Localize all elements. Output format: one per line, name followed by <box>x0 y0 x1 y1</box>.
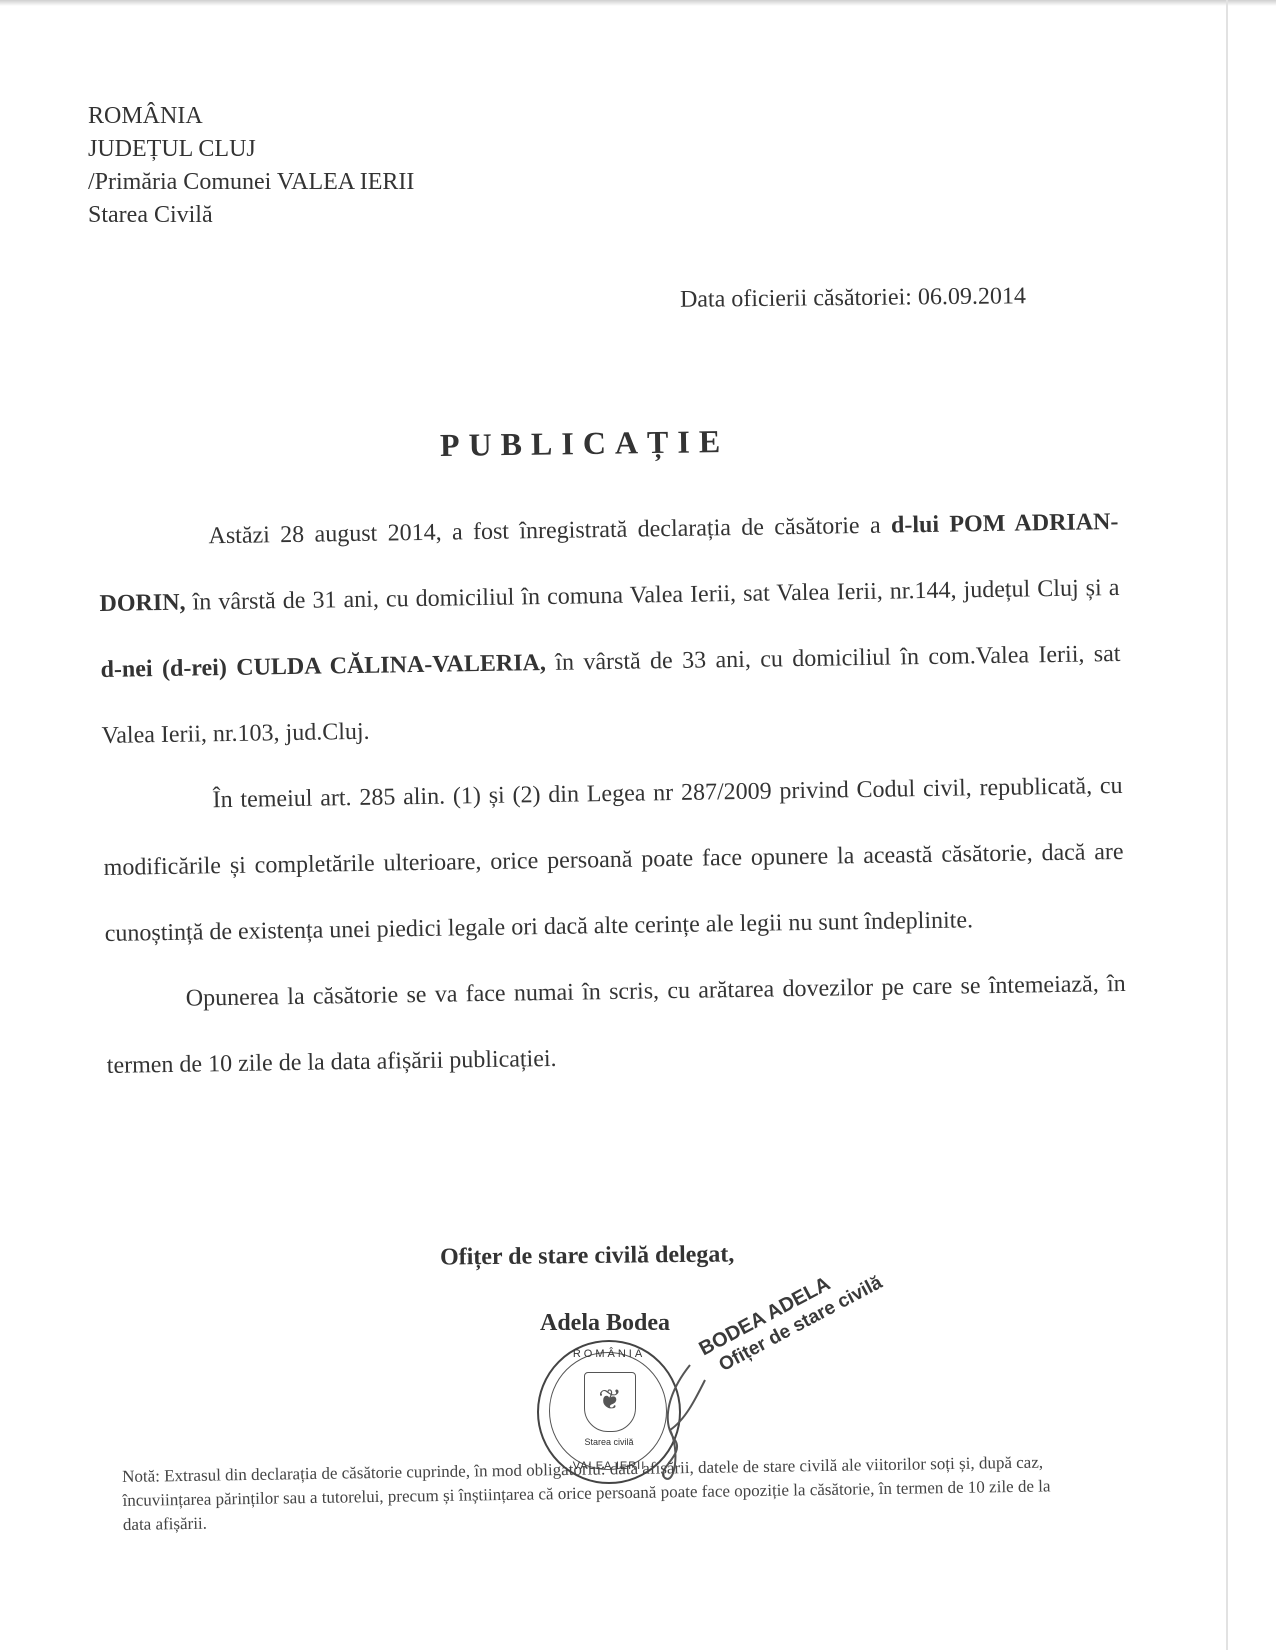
paragraph-opposition: Opunerea la căsătorie se va face numai î… <box>105 951 1127 1099</box>
paragraph-declaration: Astăzi 28 august 2014, a fost înregistra… <box>98 489 1122 769</box>
footnote: Notă: Extrasul din declarația de căsător… <box>122 1450 1063 1537</box>
header-municipality: /Primăria Comunei VALEA IERII <box>88 166 414 199</box>
header-county: JUDEȚUL CLUJ <box>88 133 414 166</box>
signoff-title: Ofițer de stare civilă delegat, <box>440 1241 735 1271</box>
seal-top-text: ROMÂNIA <box>539 1348 679 1360</box>
scan-edge-top <box>0 0 1276 6</box>
scan-edge-right <box>1226 0 1228 1650</box>
document-body: Astăzi 28 august 2014, a fost înregistra… <box>98 489 1127 1099</box>
header-department: Starea Civilă <box>88 199 414 232</box>
header-country: ROMÂNIA <box>88 100 414 133</box>
document-title: PUBLICAȚIE <box>440 423 730 464</box>
document-header: ROMÂNIA JUDEȚUL CLUJ /Primăria Comunei V… <box>88 100 414 232</box>
bride-name: d-nei (d-rei) CULDA CĂLINA-VALERIA, <box>100 650 546 683</box>
paragraph-legal-basis: În temeiul art. 285 alin. (1) și (2) din… <box>102 753 1125 967</box>
officer-stamp: BODEA ADELA Ofițer de stare civilă <box>695 1250 887 1382</box>
signer-name: Adela Bodea <box>540 1310 670 1337</box>
coat-of-arms-icon: ❦ <box>584 1372 636 1432</box>
marriage-date: Data oficierii căsătoriei: 06.09.2014 <box>680 283 1026 314</box>
